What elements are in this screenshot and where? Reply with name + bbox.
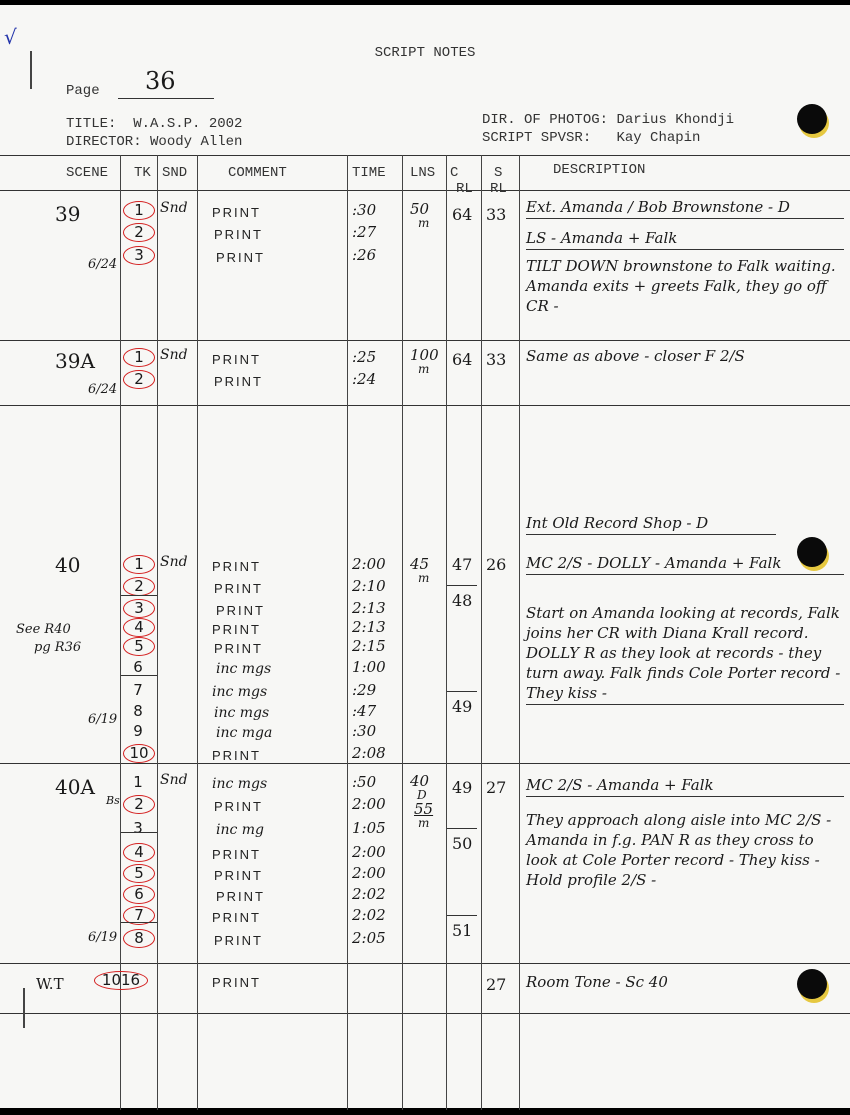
scene-number: W.T (36, 975, 64, 994)
take-time: :47 (352, 702, 376, 721)
shoot-date: 6/24 (88, 255, 117, 274)
dop-label: DIR. OF PHOTOG: (482, 112, 608, 128)
take-number: 8 (123, 702, 153, 721)
sound-mark: Snd (160, 771, 188, 790)
circled-take: 2 (123, 795, 155, 814)
description-heading: Ext. Amanda / Bob Brownstone - D (526, 197, 844, 219)
take-comment: PRINT (212, 746, 261, 765)
camera-roll: 64 (452, 350, 472, 369)
document-heading: SCRIPT NOTES (0, 45, 850, 61)
take-comment: PRINT (214, 866, 263, 885)
take-comment: PRINT (214, 797, 263, 816)
description-text: LS - Amanda + Falk (526, 228, 844, 250)
camera-roll-divider (447, 915, 477, 916)
camera-roll: 50 (452, 834, 472, 853)
title-value: W.A.S.P. 2002 (133, 116, 242, 132)
take-time: :29 (352, 681, 376, 700)
col-header-snd: SND (162, 165, 187, 181)
title-label: TITLE: (66, 116, 116, 132)
take-comment: inc mgs (212, 775, 267, 794)
table-row-divider (0, 763, 850, 764)
col-header-lns: LNS (410, 165, 435, 181)
table-row-divider (0, 155, 850, 156)
table-column-divider (157, 155, 158, 1110)
description-heading: Same as above - closer F 2/S (526, 346, 844, 366)
sound-roll: 33 (486, 205, 506, 224)
take-time: :26 (352, 246, 376, 265)
camera-roll-divider (447, 828, 477, 829)
punch-hole-icon (797, 104, 827, 134)
supervisor-label: SCRIPT SPVSR: (482, 130, 591, 146)
take-comment: inc mga (216, 724, 272, 743)
sound-roll: 27 (486, 778, 506, 797)
take-comment: PRINT (216, 248, 265, 267)
camera-roll: 51 (452, 921, 472, 940)
camera-roll: 64 (452, 205, 472, 224)
take-time: 2:02 (352, 906, 386, 925)
description-text: They approach along aisle into MC 2/S - … (526, 810, 844, 890)
circled-take: 2 (123, 223, 155, 242)
circled-take: 1 (123, 348, 155, 367)
take-time: :25 (352, 348, 376, 367)
take-comment: PRINT (216, 601, 265, 620)
camera-roll: 49 (452, 697, 472, 716)
camera-roll: 49 (452, 778, 472, 797)
table-row-divider (0, 190, 850, 191)
script-notes-sheet: √ SCRIPT NOTES Page 36 TITLE: W.A.S.P. 2… (0, 5, 850, 1108)
take-time: :30 (352, 201, 376, 220)
take-comment: PRINT (212, 203, 261, 222)
take-group-divider (121, 922, 157, 923)
take-time: 2:10 (352, 577, 386, 596)
col-header-s-rl: SRL (494, 165, 507, 197)
page-number: 36 (145, 67, 176, 95)
take-comment: PRINT (214, 579, 263, 598)
take-time: 2:00 (352, 843, 386, 862)
table-row-divider (0, 340, 850, 341)
scene-number: 40A (55, 778, 95, 797)
circled-take: 5 (123, 637, 155, 656)
take-time: 1:00 (352, 658, 386, 677)
lines-unit: m (418, 214, 429, 233)
col-header-c-rl: CRL (450, 165, 473, 197)
title-line: TITLE: W.A.S.P. 2002 (66, 115, 242, 133)
lines-unit: m (418, 360, 429, 379)
shoot-date: 6/19 (88, 710, 117, 729)
circled-take: 4 (123, 843, 155, 862)
scene-number: 39A (55, 352, 95, 371)
take-comment: PRINT (214, 931, 263, 950)
take-comment: inc mg (216, 821, 264, 840)
take-time: 2:02 (352, 885, 386, 904)
sound-roll: 27 (486, 975, 506, 994)
take-time: 2:13 (352, 618, 386, 637)
page-label: Page (66, 83, 100, 99)
circled-take: 3 (123, 246, 155, 265)
take-comment: PRINT (214, 225, 263, 244)
description-text: TILT DOWN brownstone to Falk waiting. Am… (526, 256, 844, 316)
take-comment: PRINT (212, 350, 261, 369)
take-comment: inc mgs (212, 683, 267, 702)
sound-mark: Snd (160, 199, 188, 218)
sound-mark: Snd (160, 346, 188, 365)
table-column-divider (120, 155, 121, 1110)
circled-take: 1 (123, 201, 155, 220)
table-row-divider (0, 405, 850, 406)
camera-roll-divider (447, 585, 477, 586)
table-column-divider (446, 155, 447, 1110)
take-time: 2:15 (352, 637, 386, 656)
circled-take: 4 (123, 618, 155, 637)
take-number: 3 (123, 819, 153, 838)
take-comment: inc mgs (214, 704, 269, 723)
take-number: 7 (123, 681, 153, 700)
take-group-divider (121, 832, 157, 833)
take-time: :24 (352, 370, 376, 389)
camera-roll: 48 (452, 591, 472, 610)
shoot-date: 6/24 (88, 380, 117, 399)
circled-take: 2 (123, 370, 155, 389)
take-comment: PRINT (212, 845, 261, 864)
circled-take: 5 (123, 864, 155, 883)
take-time: 2:00 (352, 795, 386, 814)
take-number: 9 (123, 722, 153, 741)
description-heading: Room Tone - Sc 40 (526, 972, 844, 992)
take-time: 2:00 (352, 555, 386, 574)
table-row-divider (0, 963, 850, 964)
director-line: DIRECTOR: Woody Allen (66, 133, 242, 151)
take-comment: PRINT (212, 557, 261, 576)
table-row-divider (0, 1013, 850, 1014)
page-number-line (118, 98, 214, 99)
scene-note: pg R36 (34, 638, 81, 657)
col-header-time: TIME (352, 165, 386, 181)
take-time: 2:00 (352, 864, 386, 883)
take-time: :50 (352, 773, 376, 792)
circled-take: 10 (123, 744, 155, 763)
shoot-date: 6/19 (88, 928, 117, 947)
table-column-divider (347, 155, 348, 1110)
take-comment: inc mgs (216, 660, 271, 679)
take-group-divider (121, 675, 157, 676)
take-comment: PRINT (214, 639, 263, 658)
scene-number: 39 (55, 205, 80, 224)
take-time: 2:13 (352, 599, 386, 618)
table-column-divider (519, 155, 520, 1110)
take-prefix: Bs (106, 791, 120, 810)
take-comment: PRINT (212, 973, 261, 992)
take-time: :27 (352, 223, 376, 242)
take-time: 1:05 (352, 819, 386, 838)
lines-unit: m (418, 814, 429, 833)
supervisor-value: Kay Chapin (616, 130, 700, 146)
take-group-divider (121, 595, 157, 596)
circled-take: 8 (123, 929, 155, 948)
col-header-scene: SCENE (66, 165, 108, 181)
description-heading: MC 2/S - Amanda + Falk (526, 775, 844, 797)
dop-line: DIR. OF PHOTOG: Darius Khondji (482, 111, 734, 129)
margin-mark (23, 988, 25, 1028)
camera-roll-divider (447, 691, 477, 692)
dop-value: Darius Khondji (616, 112, 734, 128)
camera-roll: 47 (452, 555, 472, 574)
take-time: 2:05 (352, 929, 386, 948)
table-column-divider (197, 155, 198, 1110)
circled-take: 2 (123, 577, 155, 596)
sound-mark: Snd (160, 553, 188, 572)
circled-take: 1 (123, 555, 155, 574)
col-header-description: DESCRIPTION (553, 162, 645, 178)
description-text: Start on Amanda looking at records, Falk… (526, 603, 844, 705)
director-value: Woody Allen (150, 134, 242, 150)
description-heading: MC 2/S - DOLLY - Amanda + Falk (526, 553, 844, 575)
table-column-divider (481, 155, 482, 1110)
take-comment: PRINT (214, 372, 263, 391)
director-label: DIRECTOR: (66, 134, 142, 150)
scene-number: 40 (55, 556, 80, 575)
col-header-comment: COMMENT (228, 165, 287, 181)
take-comment: PRINT (216, 887, 265, 906)
take-time: :30 (352, 722, 376, 741)
scene-note: See R40 (16, 620, 71, 639)
sound-roll: 26 (486, 555, 506, 574)
col-header-tk: TK (134, 165, 151, 181)
take-number: 1 (123, 773, 153, 792)
circled-take: 6 (123, 885, 155, 904)
lines-unit: m (418, 569, 429, 588)
sound-roll: 33 (486, 350, 506, 369)
circled-take: 3 (123, 599, 155, 618)
supervisor-line: SCRIPT SPVSR: Kay Chapin (482, 129, 700, 147)
table-column-divider (402, 155, 403, 1110)
take-comment: PRINT (212, 620, 261, 639)
take-comment: PRINT (212, 908, 261, 927)
circled-take: 1016 (94, 971, 148, 990)
scene-slugline: Int Old Record Shop - D (526, 513, 776, 535)
take-time: 2:08 (352, 744, 386, 763)
